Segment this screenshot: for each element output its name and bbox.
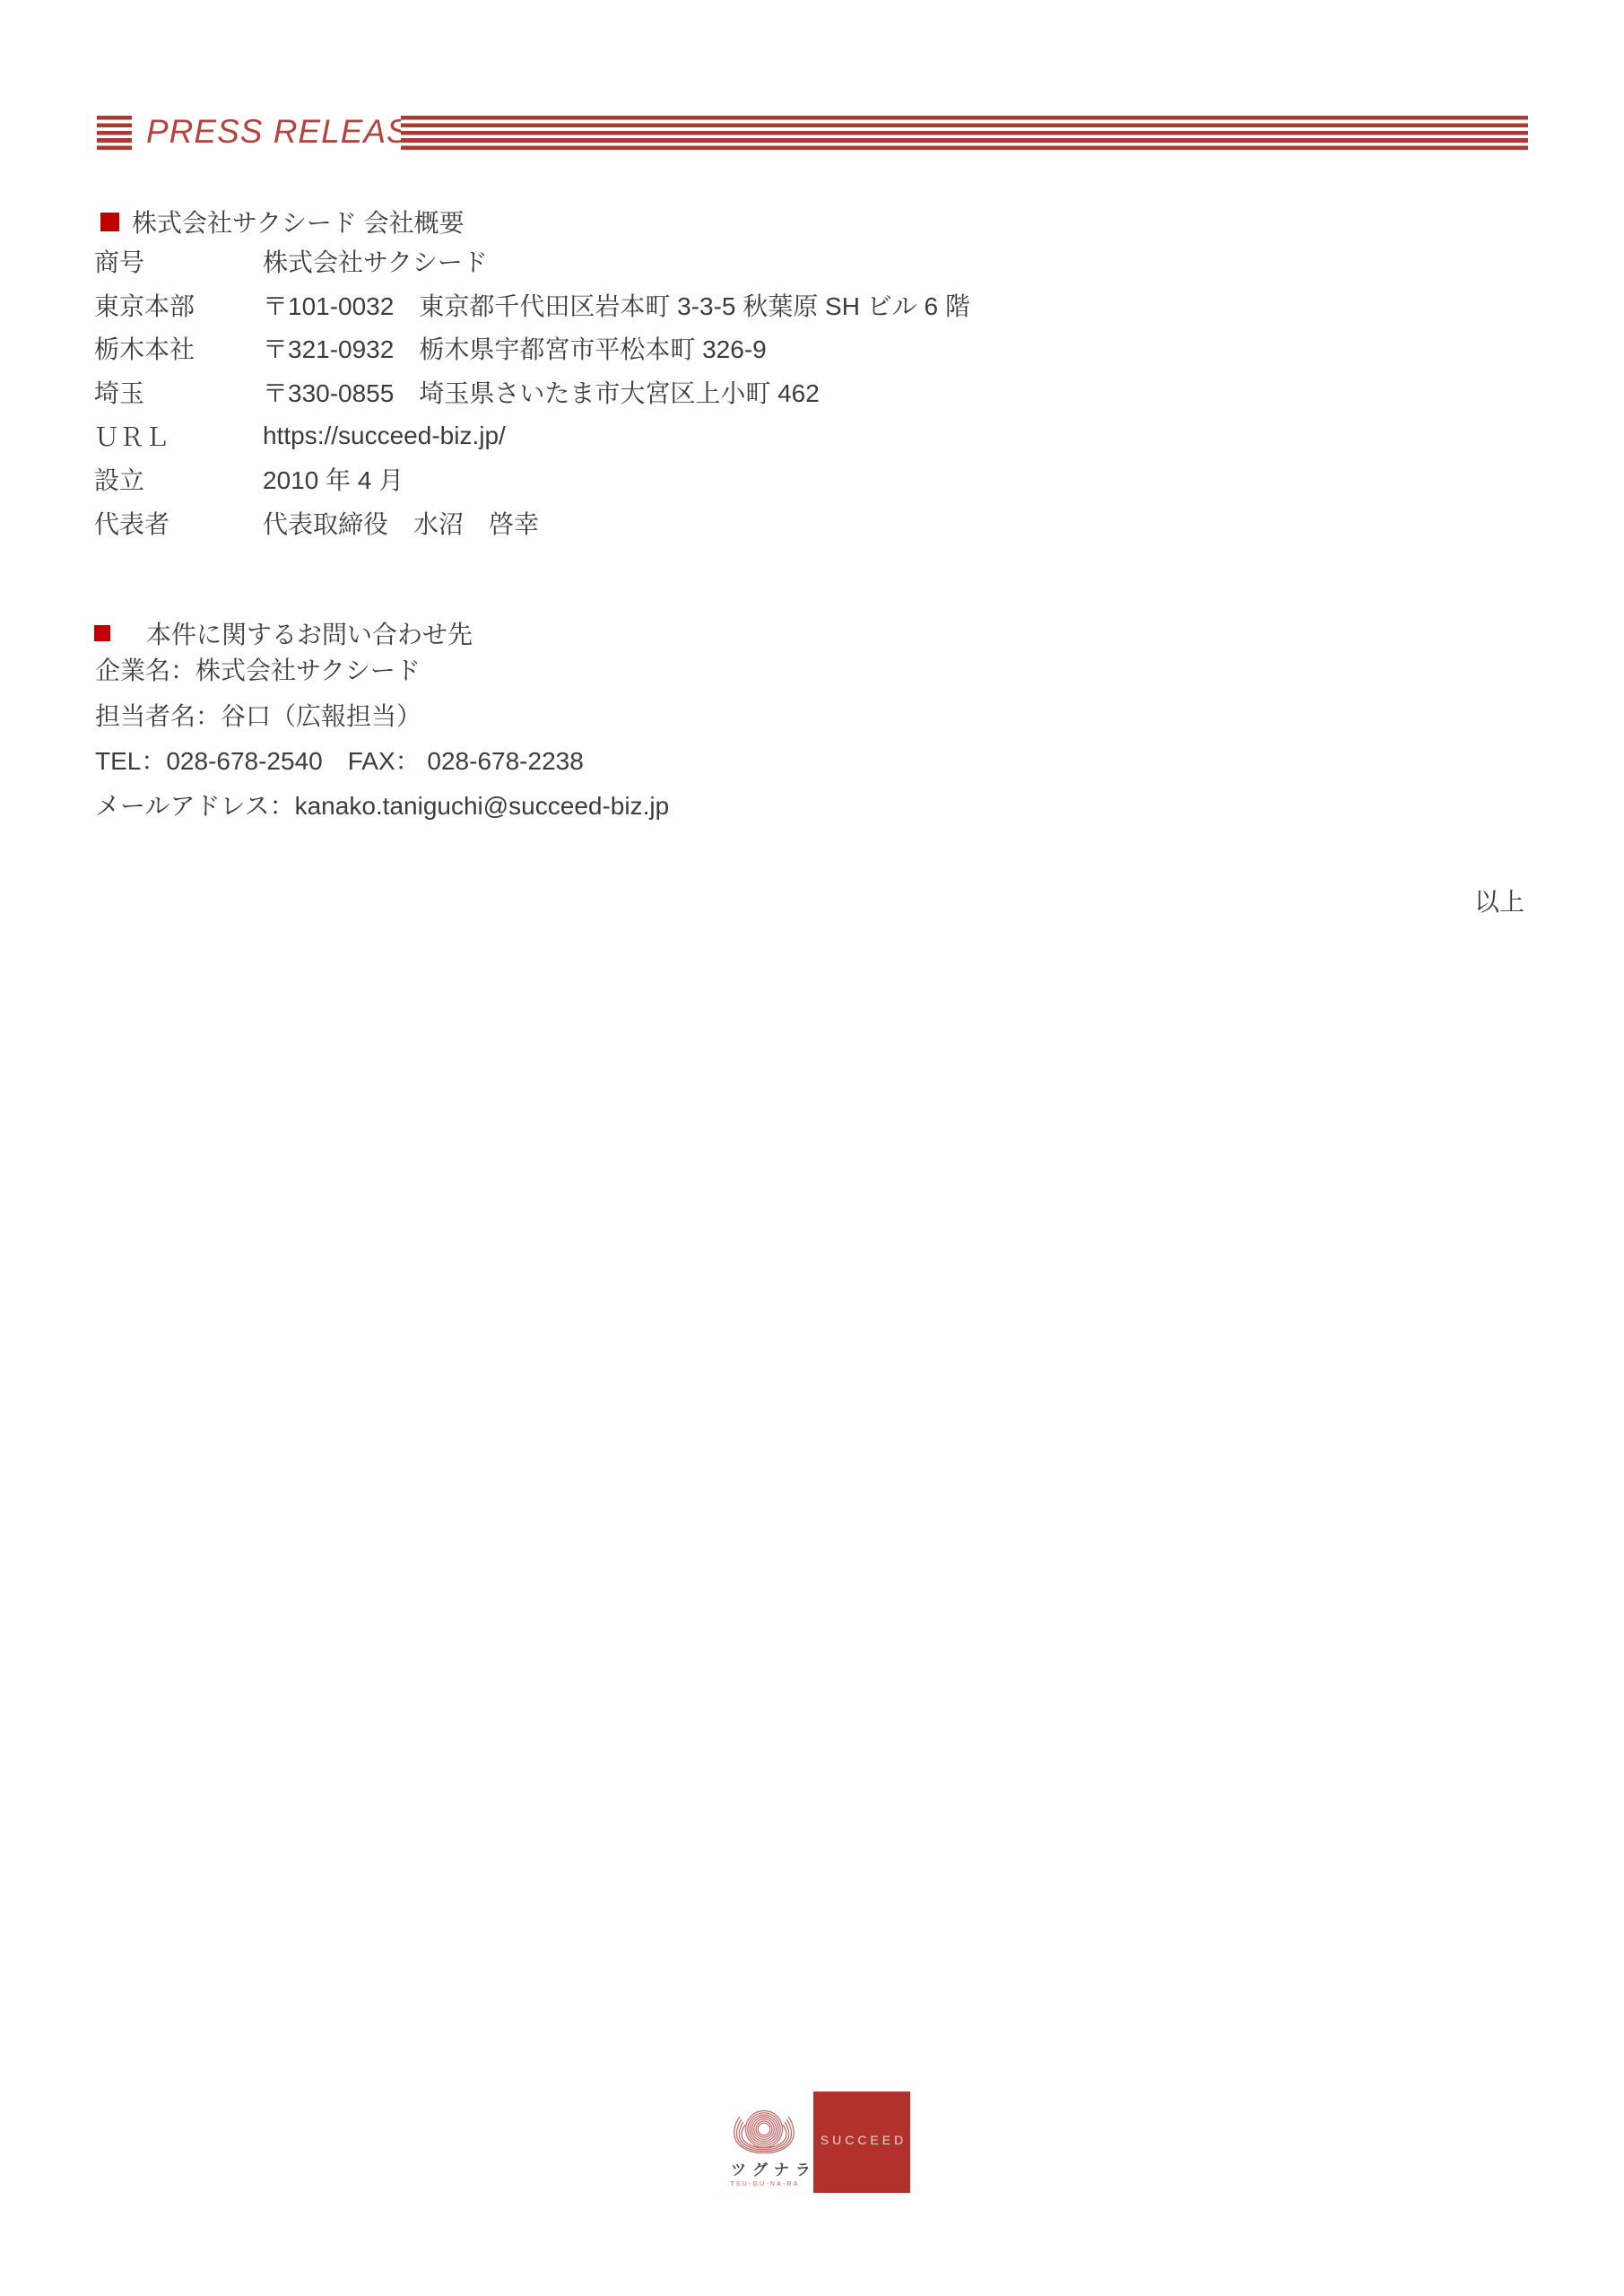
tsugunara-logo: ツグナラ TSU-GU-NA-RA [725,2109,803,2187]
contact-email-line: メールアドレス：kanako.taniguchi@succeed-biz.jp [95,782,1552,827]
row-label: 埼玉 [94,374,263,410]
company-overview-heading: 株式会社サクシード 会社概要 [100,204,465,239]
contact-person-line: 担当者名：谷口（広報担当） [95,691,1552,736]
row-label: 代表者 [94,505,263,541]
red-square-bullet-icon [100,213,119,231]
company-overview-heading-label: 株式会社サクシード 会社概要 [132,204,465,239]
red-square-bullet-icon [94,625,110,641]
row-label: 栃木本社 [94,330,263,366]
contact-company-line: 企業名：株式会社サクシード [95,647,1552,691]
row-label: 東京本部 [94,287,263,323]
press-release-title: PRESS RELEASE [146,113,432,151]
row-value: 〒101-0032 東京都千代田区岩本町 3-3-5 秋葉原 SH ビル 6 階 [263,287,1552,323]
tsugunara-romaji-label: TSU-GU-NA-RA [725,2181,803,2187]
tsugunara-rings-icon [726,2109,802,2155]
row-label: ＵＲＬ [94,418,263,454]
tsugunara-wordmark: ツグナラ [725,2157,803,2179]
contact-info-block: 企業名：株式会社サクシード 担当者名：谷口（広報担当） TEL：028-678-… [95,647,1552,828]
press-release-page: PRESS RELEASE 株式会社サクシード 会社概要 商号 株式会社サクシー… [0,0,1624,2296]
row-value-url: https://succeed-biz.jp/ [263,422,1552,450]
header-stripes-left-decoration [97,116,132,153]
row-value: 代表取締役 水沼 啓幸 [263,505,1552,541]
table-row-url: ＵＲＬ https://succeed-biz.jp/ [94,413,1552,457]
row-value: 2010 年 4 月 [263,461,1552,497]
contact-tel-fax-line: TEL：028-678-2540 FAX： 028-678-2238 [95,737,1552,782]
contact-heading-label: 本件に関するお問い合わせ先 [146,615,473,651]
contact-heading: 本件に関するお問い合わせ先 [94,615,473,651]
closing-ijou-label: 以上 [1474,883,1524,918]
row-value: 〒330-0855 埼玉県さいたま市大宮区上小町 462 [263,374,1552,410]
row-value: 〒321-0932 栃木県宇都宮市平松本町 326-9 [263,330,1552,366]
header-stripes-right-decoration [401,116,1528,153]
table-row-tochigi-hq: 栃木本社 〒321-0932 栃木県宇都宮市平松本町 326-9 [94,326,1552,370]
row-value: 株式会社サクシード [263,243,1552,279]
table-row-trade-name: 商号 株式会社サクシード [94,239,1552,283]
table-row-founded: 設立 2010 年 4 月 [94,457,1552,501]
table-row-tokyo-hq: 東京本部 〒101-0032 東京都千代田区岩本町 3-3-5 秋葉原 SH ビ… [94,283,1552,327]
succeed-wordmark: SUCCEED [817,2133,907,2147]
succeed-logo: SUCCEED [813,2092,910,2193]
table-row-representative: 代表者 代表取締役 水沼 啓幸 [94,501,1552,545]
row-label: 商号 [94,243,263,279]
row-label: 設立 [94,461,263,497]
table-row-saitama: 埼玉 〒330-0855 埼玉県さいたま市大宮区上小町 462 [94,370,1552,414]
company-overview-table: 商号 株式会社サクシード 東京本部 〒101-0032 東京都千代田区岩本町 3… [94,239,1552,544]
